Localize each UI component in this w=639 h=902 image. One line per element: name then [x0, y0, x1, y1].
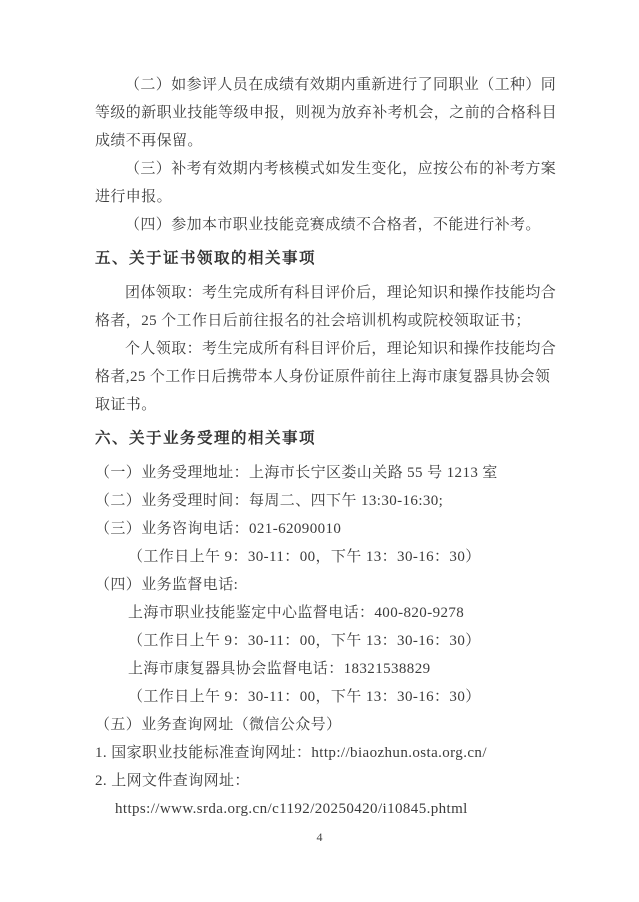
- text-line: 进行申报。: [95, 183, 565, 211]
- text-line: （一）业务受理地址：上海市长宁区娄山关路 55 号 1213 室: [95, 459, 565, 487]
- text-line: 格者，25 个工作日后前往报名的社会培训机构或院校领取证书；: [95, 307, 565, 335]
- document-content: （二）如参评人员在成绩有效期内重新进行了同职业（工种）同等级的新职业技能等级申报…: [95, 71, 565, 823]
- text-line: （工作日上午 9：30-11：00，下午 13：30-16：30）: [95, 683, 565, 711]
- text-line: 上海市职业技能鉴定中心监督电话：400-820-9278: [95, 599, 565, 627]
- text-line: 2. 上网文件查询网址：: [95, 767, 565, 795]
- text-line: （二）如参评人员在成绩有效期内重新进行了同职业（工种）同: [95, 71, 565, 99]
- text-line: 上海市康复器具协会监督电话：18321538829: [95, 655, 565, 683]
- text-line: （四）业务监督电话:: [95, 571, 565, 599]
- text-line: （三）业务咨询电话：021-62090010: [95, 515, 565, 543]
- text-line: （五）业务查询网址（微信公众号）: [95, 711, 565, 739]
- text-line: 成绩不再保留。: [95, 127, 565, 155]
- text-line: 格者,25 个工作日后携带本人身份证原件前往上海市康复器具协会领: [95, 363, 565, 391]
- text-line: （二）业务受理时间：每周二、四下午 13:30-16:30;: [95, 487, 565, 515]
- text-line: 个人领取：考生完成所有科目评价后，理论知识和操作技能均合: [95, 335, 565, 363]
- text-line: （工作日上午 9：30-11：00，下午 13：30-16：30）: [95, 543, 565, 571]
- text-line: （四）参加本市职业技能竞赛成绩不合格者，不能进行补考。: [95, 211, 565, 239]
- text-line: 1. 国家职业技能标准查询网址：http://biaozhun.osta.org…: [95, 739, 565, 767]
- text-line: 等级的新职业技能等级申报，则视为放弃补考机会，之前的合格科目: [95, 99, 565, 127]
- text-line: （工作日上午 9：30-11：00，下午 13：30-16：30）: [95, 627, 565, 655]
- text-line: https://www.srda.org.cn/c1192/20250420/i…: [95, 795, 565, 823]
- text-line: （三）补考有效期内考核模式如发生变化，应按公布的补考方案: [95, 155, 565, 183]
- section-heading: 五、关于证书领取的相关事项: [95, 245, 565, 273]
- text-line: 取证书。: [95, 391, 565, 419]
- document-page: （二）如参评人员在成绩有效期内重新进行了同职业（工种）同等级的新职业技能等级申报…: [0, 0, 639, 902]
- text-line: 团体领取：考生完成所有科目评价后，理论知识和操作技能均合: [95, 279, 565, 307]
- section-heading: 六、关于业务受理的相关事项: [95, 425, 565, 453]
- page-number: 4: [0, 827, 639, 847]
